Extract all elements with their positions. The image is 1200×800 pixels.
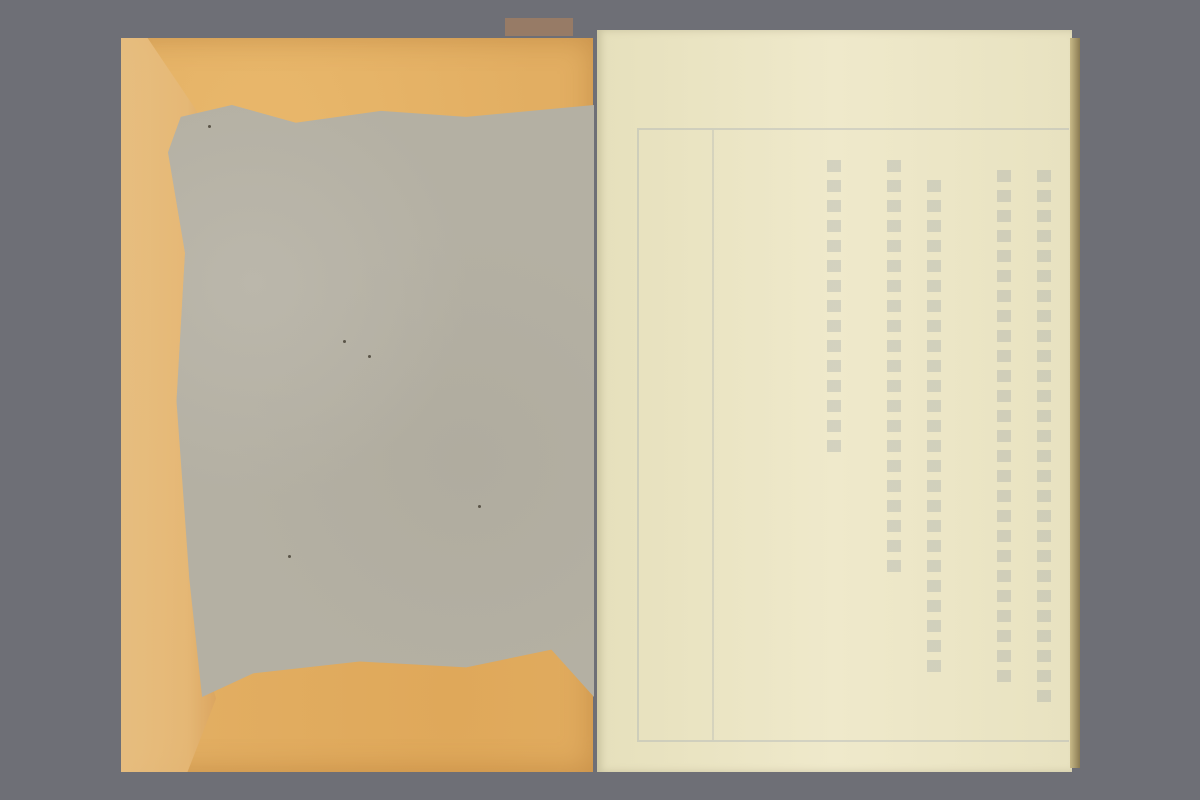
bleed-through-text	[1037, 170, 1051, 710]
paper-fleck	[288, 555, 291, 558]
bleed-through-text	[887, 160, 901, 580]
right-page	[597, 30, 1072, 772]
paper-fleck	[368, 355, 371, 358]
paper-fleck	[478, 505, 481, 508]
bookmark-tab	[505, 18, 573, 36]
paper-fleck	[343, 340, 346, 343]
bleed-through-text	[927, 180, 941, 680]
bleed-through-rule	[712, 130, 714, 740]
page-block-edge	[1070, 38, 1080, 768]
pasted-gray-endpaper	[168, 105, 594, 697]
paper-fleck	[208, 125, 211, 128]
bleed-through-text	[827, 160, 841, 460]
bleed-through-text	[997, 170, 1011, 690]
